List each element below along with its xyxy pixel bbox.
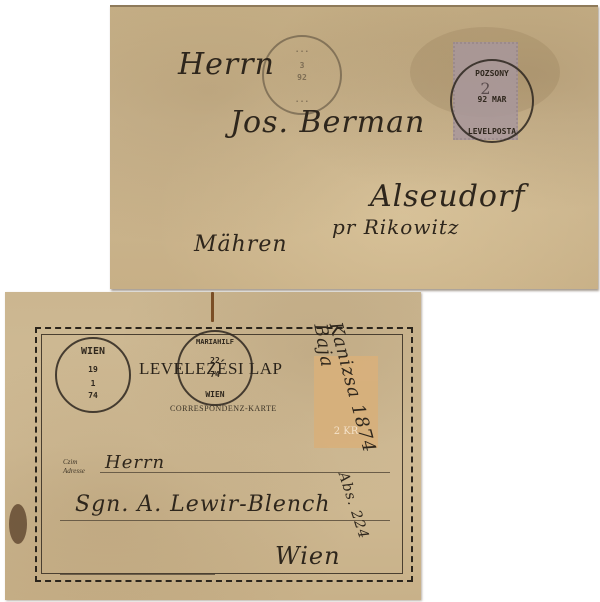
handwritten-salutation: Herrn [178, 47, 275, 82]
postmark-text: ... [264, 95, 340, 104]
handwritten-name: Sgn. A. Lewir-Blench [75, 492, 331, 517]
card-subtitle: CORRESPONDENZ-KARTE [170, 404, 277, 413]
handwritten-post: pr Rikowitz [332, 215, 459, 239]
handwritten-town: Alseudorf [370, 179, 525, 214]
paper-stain [9, 504, 27, 544]
postcard-bottom: LEVELEZÉSI LAP CORRESPONDENZ-KARTE WIEN … [5, 292, 421, 600]
postmark-text: 74 [179, 370, 251, 379]
address-label: Czim Adresse [63, 458, 85, 476]
handwritten-city: Wien [275, 542, 341, 570]
postmark-text: 19 [57, 365, 129, 374]
address-line [60, 574, 215, 575]
postmark-text: 22 [179, 356, 251, 365]
postmark-text: ... [264, 45, 340, 54]
postmark-wien: WIEN 19 1 74 [55, 337, 131, 413]
handwritten-name: Jos. Berman [230, 105, 425, 140]
postmark-mariahilf: MARIAHILF 22 74 WIEN [177, 330, 253, 406]
handwritten-region: Mähren [194, 232, 288, 257]
postmark-text: 1 [57, 379, 129, 388]
postmark-text: WIEN [57, 347, 129, 356]
address-line [60, 520, 390, 521]
postmark-text: MARIAHILF [179, 338, 251, 347]
paper-stain [211, 292, 214, 322]
postmark-text: 74 [57, 391, 129, 400]
address-label-de: Adresse [63, 467, 85, 476]
postmark-text: WIEN [179, 390, 251, 399]
handwritten-salutation: Herrn [105, 452, 165, 473]
address-label-hu: Czim [63, 458, 85, 467]
postmark-text: 92 MAR [452, 95, 532, 104]
postmark-text: 3 [264, 61, 340, 70]
postmark-text: LEVELPOSTA [452, 127, 532, 136]
postmark-text: 92 [264, 73, 340, 82]
postmark-right: POZSONY 92 MAR LEVELPOSTA [450, 59, 534, 143]
postmark-text: POZSONY [452, 69, 532, 78]
postcard-top: ... 3 92 ... 2 POZSONY 92 MAR LEVELPOSTA… [110, 5, 598, 289]
